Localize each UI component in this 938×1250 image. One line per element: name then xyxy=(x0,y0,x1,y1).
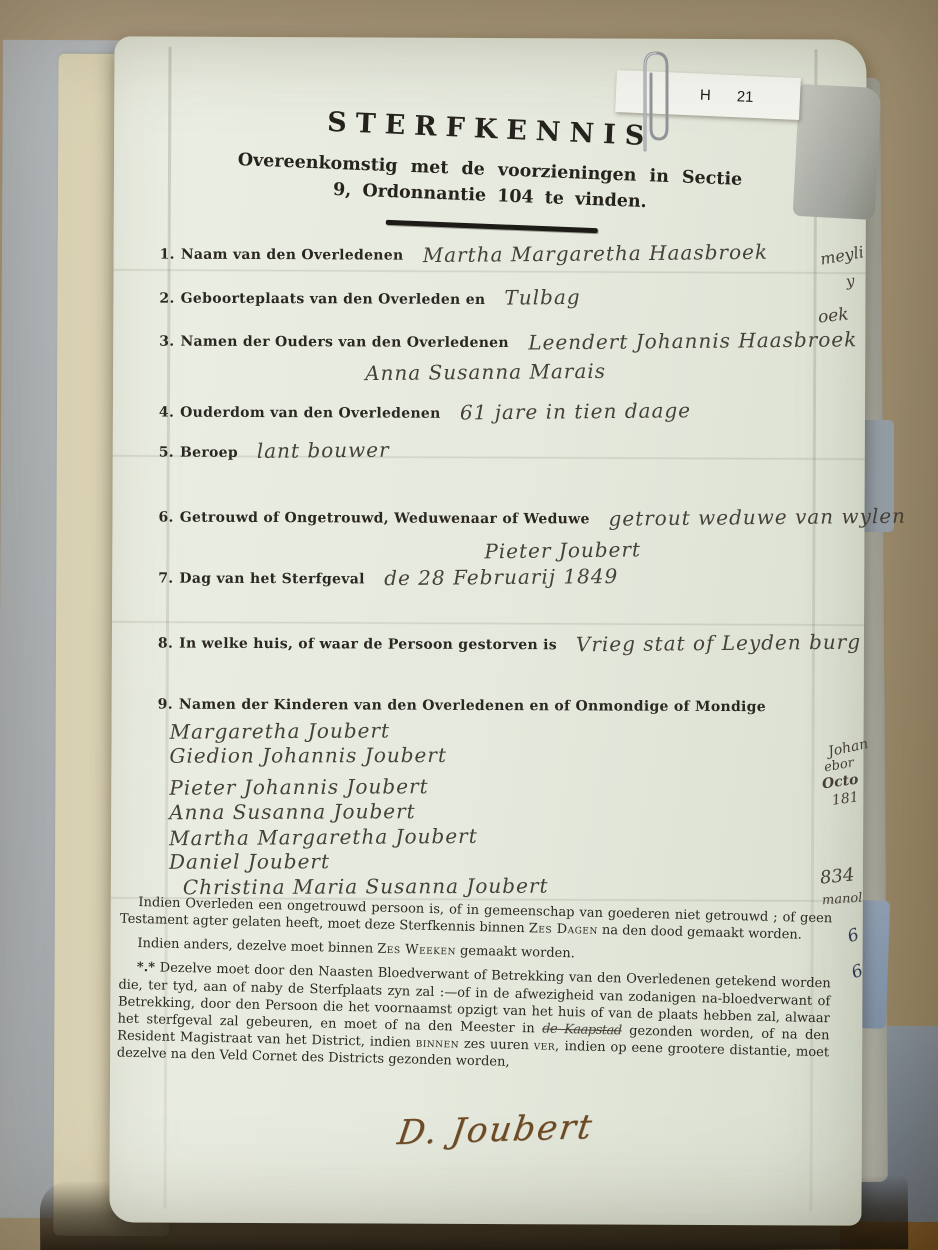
item-number: 4. xyxy=(159,405,174,421)
legal-smallcaps: binnen xyxy=(416,1036,460,1052)
item-number: 6. xyxy=(158,510,173,526)
form-item-1: 1.Naam van den Overledenen Martha Margar… xyxy=(160,240,860,267)
legal-smallcaps: ver, xyxy=(534,1038,560,1054)
child-name: Christina Maria Susanna Joubert xyxy=(183,873,769,901)
legal-text: gemaakt worden. xyxy=(460,944,575,962)
footnote-marker: *.* xyxy=(137,960,155,975)
form-item-7: 7.Dag van het Sterfgeval de 28 Februarij… xyxy=(158,564,858,591)
margin-fragment: manol xyxy=(822,891,863,909)
item-value-handwritten: 61 jare in tien daage xyxy=(460,398,691,424)
item-label: In welke huis, of waar de Persoon gestor… xyxy=(179,636,557,654)
archive-label-letter: H xyxy=(700,86,712,103)
item-value-handwritten: lant bouwer xyxy=(257,438,390,463)
torn-corner-backing xyxy=(793,84,882,220)
item-value-handwritten: Martha Margaretha Haasbroek xyxy=(422,240,768,267)
form-item-9: 9.Namen der Kinderen van den Overledenen… xyxy=(158,694,858,716)
form-item-5: 5.Beroep lant bouwer xyxy=(159,438,859,465)
death-notice-page: STERFKENNIS Overeenkomstig met de voorzi… xyxy=(109,36,866,1225)
children-name-list: Margaretha Joubert Giedion Johannis Joub… xyxy=(169,717,770,901)
paperclip-icon xyxy=(634,46,676,158)
struck-handwriting: de Kaapstad xyxy=(542,1021,622,1038)
item-number: 7. xyxy=(158,571,173,587)
legal-text: na den dood gemaakt worden. xyxy=(602,923,802,943)
item-number: 9. xyxy=(158,697,173,713)
legal-text: Indien anders, dezelve moet binnen xyxy=(137,936,373,957)
legal-text-block: Indien Overleden een ongetrouwd persoon … xyxy=(116,894,832,1086)
item-label: Namen der Kinderen van den Overledenen e… xyxy=(179,697,766,716)
form-item-2: 2.Geboorteplaats van den Overleden en Tu… xyxy=(159,284,859,311)
form-item-8: 8.In welke huis, of waar de Persoon gest… xyxy=(158,629,858,656)
child-name: Martha Margaretha Joubert xyxy=(169,822,769,852)
item-number: 2. xyxy=(159,291,174,307)
item-value-handwritten: Vrieg stat of Leyden burg xyxy=(576,630,861,657)
item-number: 3. xyxy=(159,334,174,350)
item-label: Getrouwd of Ongetrouwd, Weduwenaar of We… xyxy=(180,510,590,528)
item-number: 5. xyxy=(159,445,174,461)
legal-paragraph-3: *.* Dezelve moet door den Naasten Bloedv… xyxy=(117,959,831,1079)
item-value2-handwritten: Pieter Joubert xyxy=(484,537,641,563)
archive-label-number: 21 xyxy=(736,88,753,106)
child-name: Giedion Johannis Joubert xyxy=(169,742,769,769)
item-value2-handwritten: Anna Susanna Marais xyxy=(365,359,606,385)
item-label: Geboorteplaats van den Overleden en xyxy=(181,291,486,308)
form-item-6: 6.Getrouwd of Ongetrouwd, Weduwenaar of … xyxy=(158,503,858,530)
item-label: Namen der Ouders van den Overledenen xyxy=(180,334,508,351)
child-name: Anna Susanna Joubert xyxy=(169,798,769,826)
margin-fragment: 834 xyxy=(819,864,855,888)
legal-smallcaps: Zes Dagen xyxy=(529,921,598,938)
legal-text: zes uuren xyxy=(464,1037,529,1054)
item-value-handwritten: Leendert Johannis Haasbroek xyxy=(528,327,857,354)
signature-handwritten: D. Joubert xyxy=(395,1107,596,1153)
item-label: Dag van het Sterfgeval xyxy=(179,571,364,588)
item-number: 1. xyxy=(160,247,175,263)
item-value-handwritten: Tulbag xyxy=(504,285,580,310)
item-label: Beroep xyxy=(180,445,238,461)
archive-photo: STERFKENNIS Overeenkomstig met de voorzi… xyxy=(0,0,938,1250)
form-item-3: 3.Namen der Ouders van den Overledenen L… xyxy=(159,327,859,354)
item-label: Ouderdom van den Overledenen xyxy=(180,405,441,422)
form-item-4: 4.Ouderdom van den Overledenen 61 jare i… xyxy=(159,398,859,425)
child-name: Pieter Johannis Joubert xyxy=(169,772,769,801)
margin-fragment: oek xyxy=(817,304,850,327)
item-number: 8. xyxy=(158,636,173,652)
paper-crease xyxy=(114,268,866,274)
item-value-handwritten: getrout weduwe van wylen xyxy=(609,504,907,531)
item-label: Naam van den Overledenen xyxy=(181,247,404,264)
legal-smallcaps: Zes Weeken xyxy=(377,942,456,959)
item-value-handwritten: de 28 Februarij 1849 xyxy=(384,564,618,590)
title-underline xyxy=(386,220,598,233)
child-name: Daniel Joubert xyxy=(169,848,769,875)
paper-crease xyxy=(112,620,864,626)
child-name: Margaretha Joubert xyxy=(169,716,769,745)
